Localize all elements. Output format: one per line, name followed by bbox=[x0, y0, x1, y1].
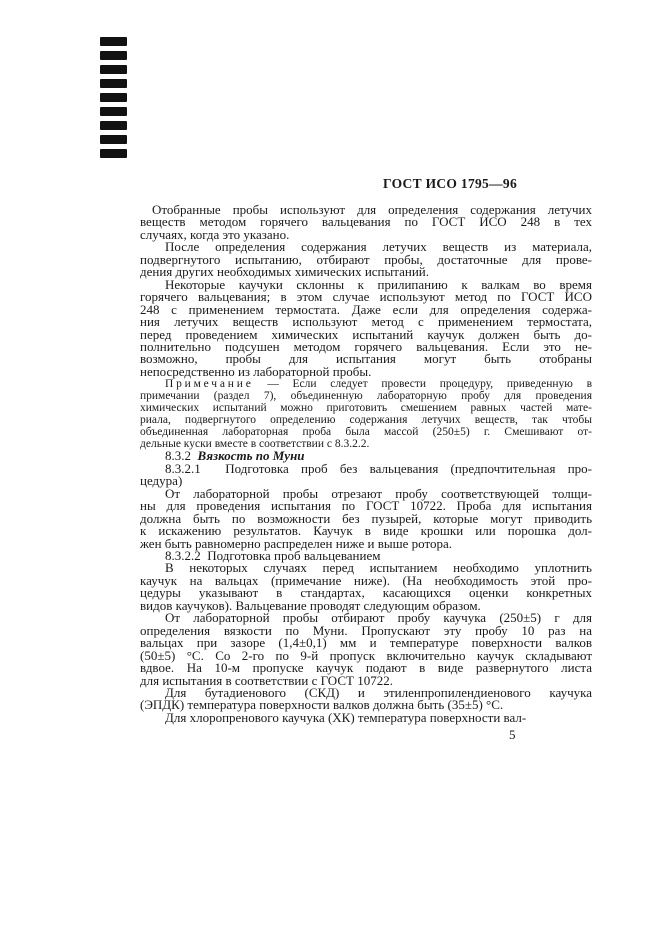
standard-designation: ГОСТ ИСО 1795—96 bbox=[383, 176, 517, 192]
paragraph: От лабораторной пробы отрезают пробу соо… bbox=[140, 488, 592, 550]
text-line: примечании (раздел 7), объединенную лабо… bbox=[140, 390, 592, 402]
paragraph: 8.3.2.1 Подготовка проб без вальцевания … bbox=[140, 463, 592, 488]
scan-mark bbox=[100, 121, 127, 130]
text-run: риала, подвергнутого определению содержа… bbox=[140, 414, 592, 426]
text-line: риала, подвергнутого определению содержа… bbox=[140, 414, 592, 426]
text-run: химических испытаний можно приготовить с… bbox=[140, 402, 592, 414]
document-page: ГОСТ ИСО 1795—96 Отобранные пробы исполь… bbox=[0, 0, 661, 935]
paragraph: Для хлоропренового каучука (ХК) температ… bbox=[140, 712, 592, 724]
text-run: — Если следует провести процедуру, приве… bbox=[254, 378, 592, 390]
paragraph: Отобранные пробы используют для определе… bbox=[140, 204, 592, 241]
page-number: 5 bbox=[509, 727, 516, 743]
text-line: Примечание — Если следует провести проце… bbox=[140, 378, 592, 390]
scan-mark bbox=[100, 149, 127, 158]
paragraph: После определения содержания летучих вещ… bbox=[140, 241, 592, 278]
paragraph: От лабораторной пробы отбирают пробу кау… bbox=[140, 612, 592, 687]
scan-mark bbox=[100, 93, 127, 102]
text-run: 8.3.2.1 Подготовка проб без вальцевания … bbox=[165, 461, 592, 476]
scan-mark bbox=[100, 37, 127, 46]
text-run: непосредственно из лабораторной пробы. bbox=[140, 364, 371, 379]
text-line: химических испытаний можно приготовить с… bbox=[140, 402, 592, 414]
scan-mark bbox=[100, 65, 127, 74]
text-line: объединенная лабораторная проба была мас… bbox=[140, 426, 592, 438]
paragraph: В некоторых случаях перед испытанием нео… bbox=[140, 562, 592, 612]
scan-mark bbox=[100, 107, 127, 116]
scan-mark bbox=[100, 79, 127, 88]
text-line: Для хлоропренового каучука (ХК) температ… bbox=[140, 712, 592, 724]
text-run: Для хлоропренового каучука (ХК) температ… bbox=[165, 710, 526, 725]
paragraph: Примечание — Если следует провести проце… bbox=[140, 378, 592, 450]
scan-mark bbox=[100, 135, 127, 144]
text-run: Примечание bbox=[165, 378, 254, 390]
scan-mark bbox=[100, 51, 127, 60]
scan-registration-marks bbox=[100, 37, 127, 163]
paragraph: Для бутадиенового (СКД) и этиленпропилен… bbox=[140, 687, 592, 712]
text-line: непосредственно из лабораторной пробы. bbox=[140, 366, 592, 378]
document-body: Отобранные пробы используют для определе… bbox=[140, 204, 592, 724]
text-run: примечании (раздел 7), объединенную лабо… bbox=[140, 390, 592, 402]
text-line: 8.3.2.1 Подготовка проб без вальцевания … bbox=[140, 463, 592, 475]
paragraph: Некоторые каучуки склонны к прилипанию к… bbox=[140, 279, 592, 379]
text-run: объединенная лабораторная проба была мас… bbox=[140, 426, 592, 438]
